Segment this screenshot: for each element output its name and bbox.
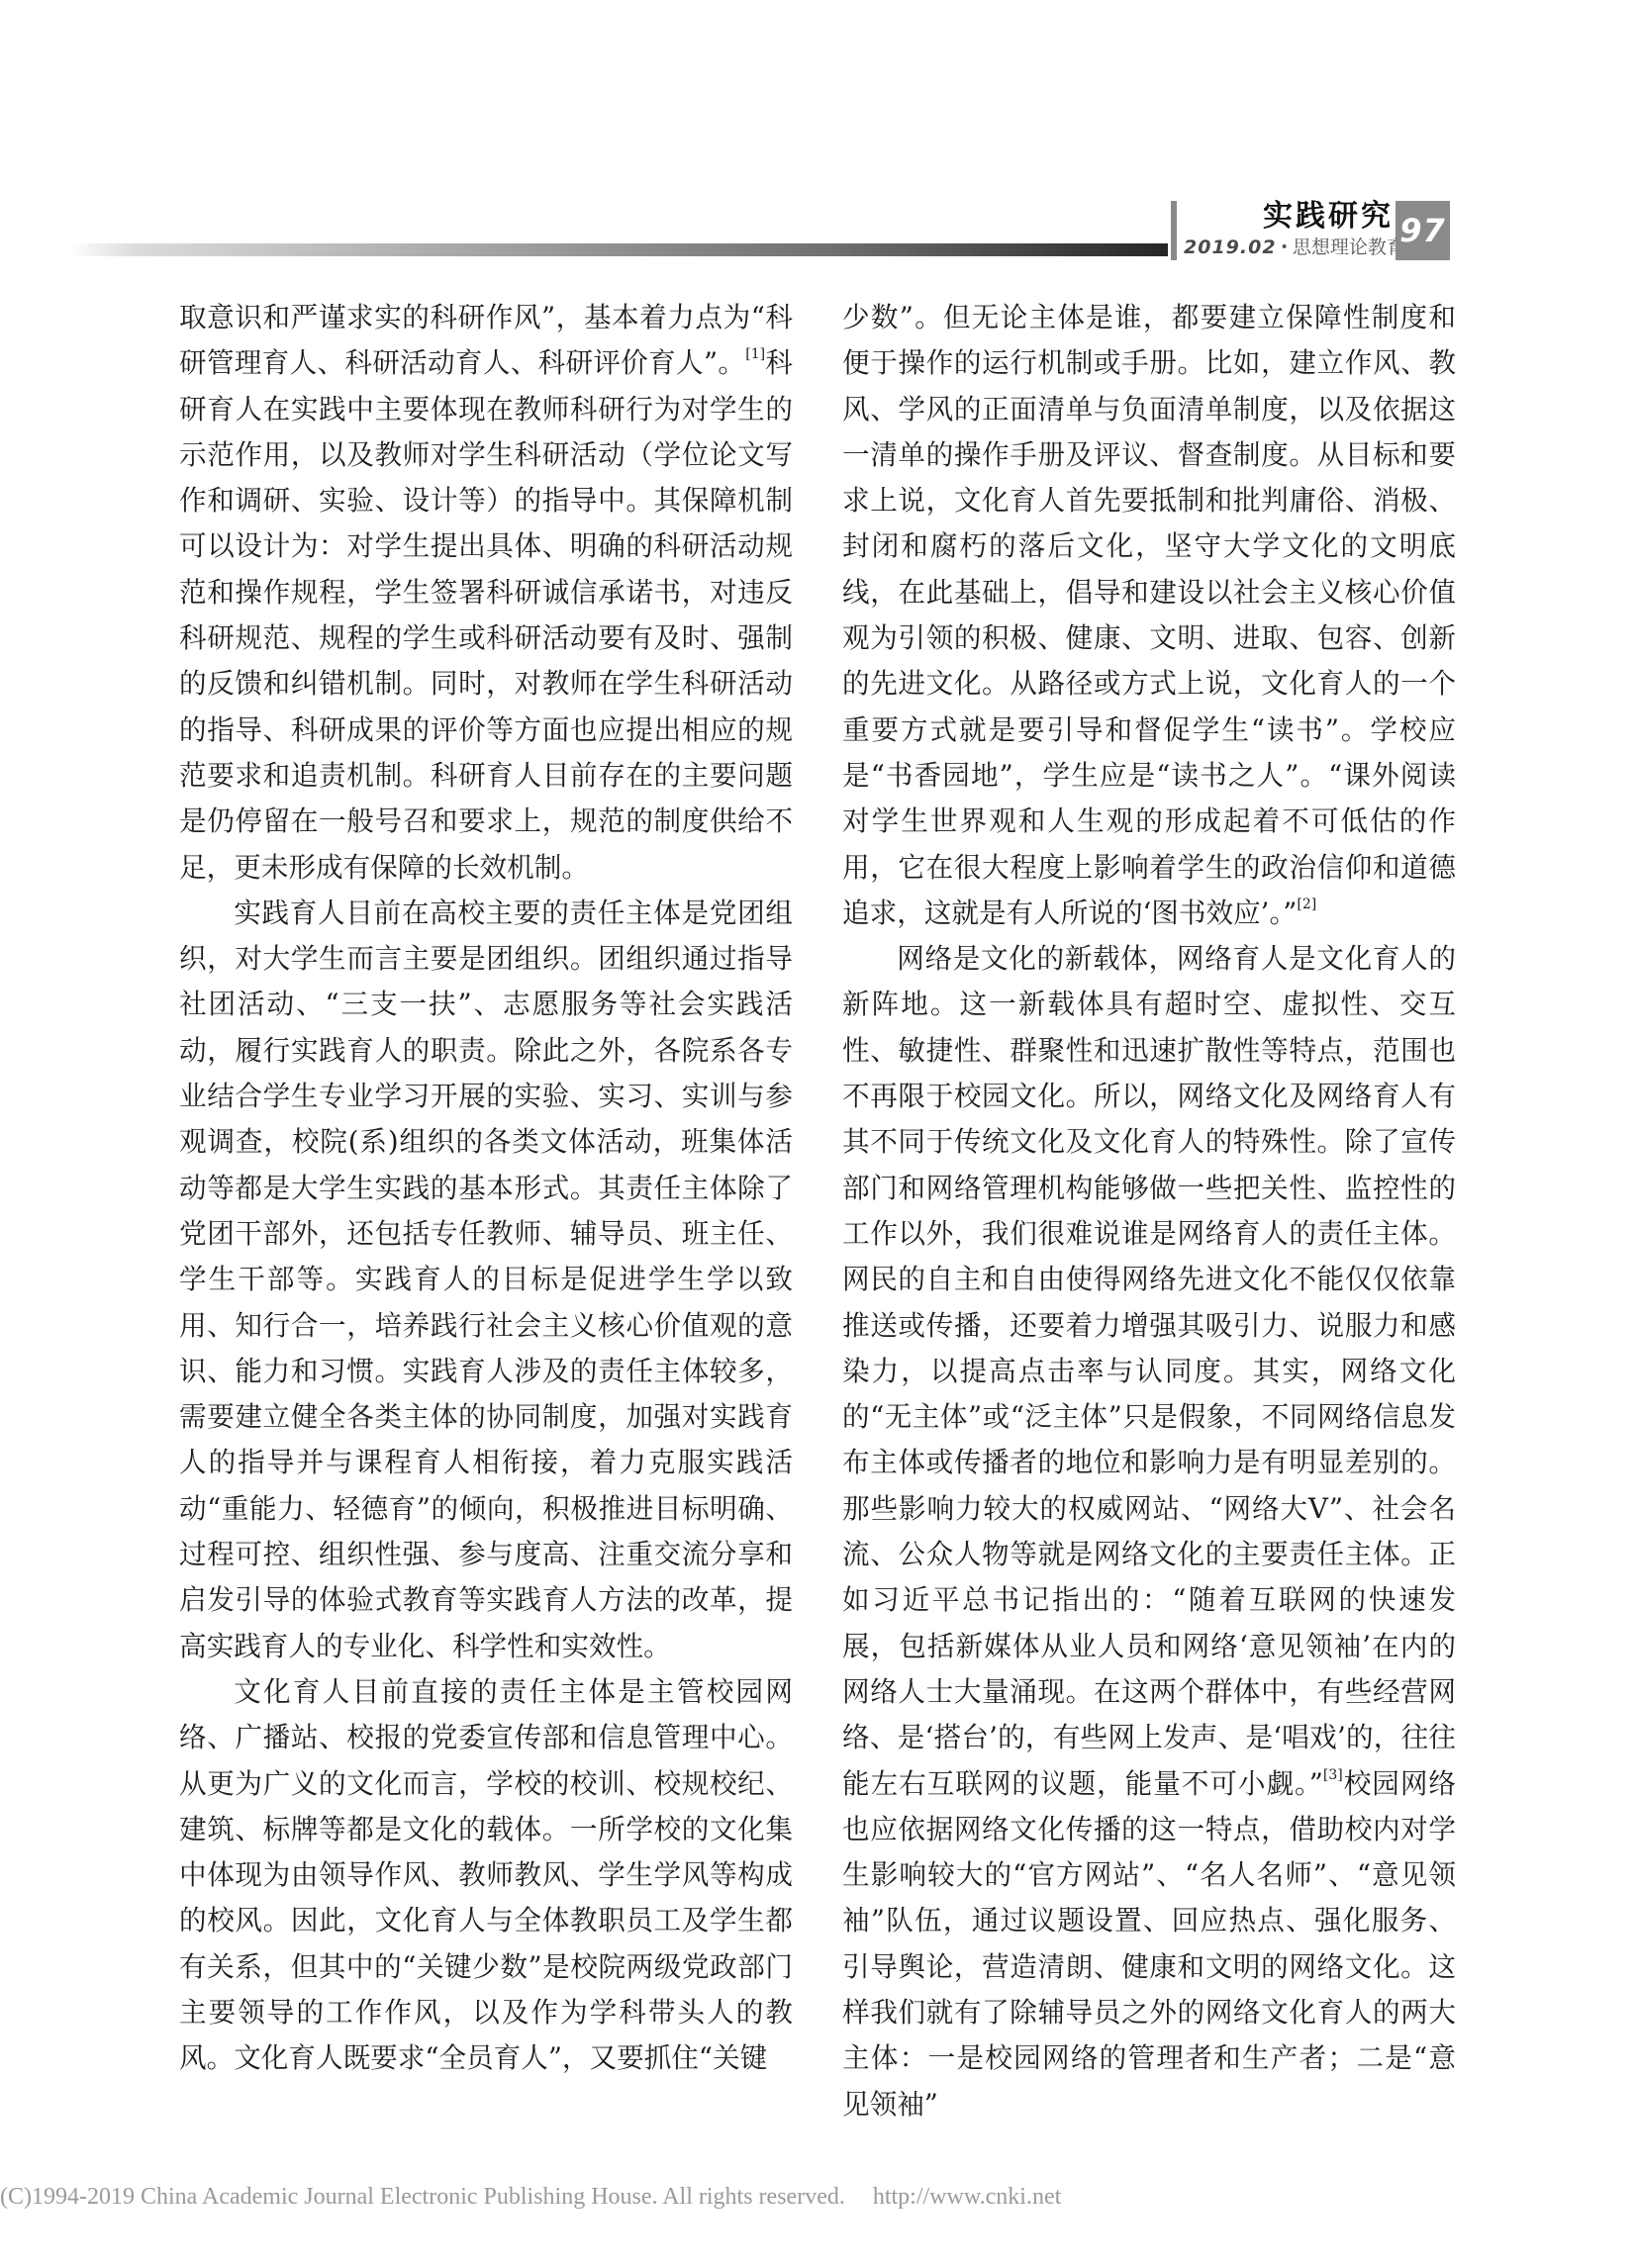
paragraph: 文化育人目前直接的责任主体是主管校园网络、广播站、校报的党委宣传部和信息管理中心… <box>179 1669 793 2082</box>
footer-url-link[interactable]: http://www.cnki.net <box>873 2184 1061 2210</box>
paragraph: 取意识和严谨求实的科研作风”，基本着力点为“科研管理育人、科研活动育人、科研评价… <box>179 295 793 891</box>
journal-name: 思想理论教育 <box>1293 236 1405 258</box>
issue-info: 2019.02•思想理论教育 <box>1184 235 1405 260</box>
bullet-separator-icon: • <box>1281 239 1289 255</box>
right-column: 少数”。但无论主体是谁，都要建立保障性制度和便于操作的运行机制或手册。比如，建立… <box>842 295 1456 2127</box>
citation-ref: [1] <box>745 346 765 362</box>
citation-ref: [3] <box>1323 1767 1343 1783</box>
left-column: 取意识和严谨求实的科研作风”，基本着力点为“科研管理育人、科研活动育人、科研评价… <box>179 295 793 2082</box>
copyright-text: (C)1994-2019 China Academic Journal Elec… <box>0 2184 845 2210</box>
issue-date: 2019.02 <box>1184 236 1277 258</box>
header-gradient-bar <box>69 243 1168 256</box>
header-divider <box>1171 201 1177 260</box>
page-number: 97 <box>1399 212 1446 249</box>
paragraph: 实践育人目前在高校主要的责任主体是党团组织，对大学生而言主要是团组织。团组织通过… <box>179 891 793 1669</box>
paragraph: 少数”。但无论主体是谁，都要建立保障性制度和便于操作的运行机制或手册。比如，建立… <box>842 295 1456 936</box>
paragraph: 网络是文化的新载体，网络育人是文化育人的新阵地。这一新载体具有超时空、虚拟性、交… <box>842 936 1456 2127</box>
section-title: 实践研究 <box>1249 198 1394 236</box>
page-number-box: 97 <box>1396 201 1450 260</box>
copyright-footer: (C)1994-2019 China Academic Journal Elec… <box>0 2184 1386 2211</box>
citation-ref: [2] <box>1297 897 1316 912</box>
